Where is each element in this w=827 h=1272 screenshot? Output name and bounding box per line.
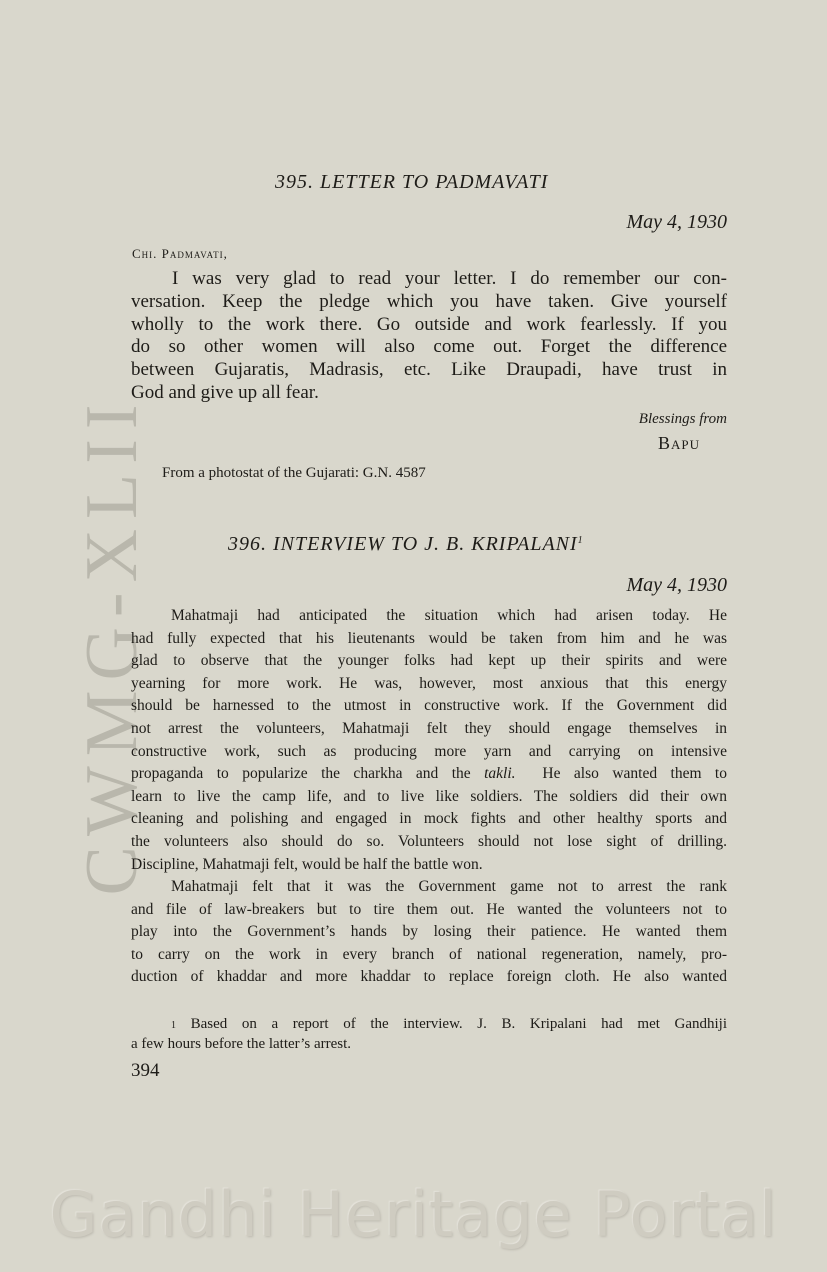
interview-paragraph-2: Mahatmaji felt that it was the Governmen… xyxy=(131,876,727,989)
paragraph-line: glad to observe that the younger folks h… xyxy=(131,650,727,673)
italic-term-takli: takli. xyxy=(484,765,515,782)
footnote-line: 1 Based on a report of the interview. J.… xyxy=(131,1014,727,1034)
letter-signature: Bapu xyxy=(658,433,700,454)
footnote: 1 Based on a report of the interview. J.… xyxy=(131,1014,727,1054)
section-396-date: May 4, 1930 xyxy=(626,574,727,597)
letter-line: do so other women will also come out. Fo… xyxy=(131,336,727,359)
paragraph-line-with-italic: propaganda to popularize the charkha and… xyxy=(131,763,727,786)
section-396-title-text: 396. INTERVIEW TO J. B. KRIPALANI xyxy=(228,533,578,555)
paragraph-line: had fully expected that his lieutenants … xyxy=(131,628,727,651)
paragraph-line: not arrest the volunteers, Mahatmaji fel… xyxy=(131,718,727,741)
section-395-date: May 4, 1930 xyxy=(626,211,727,234)
paragraph-line: learn to live the camp life, and to live… xyxy=(131,786,727,809)
paragraph-line: to carry on the work in every branch of … xyxy=(131,944,727,967)
paragraph-line: cleaning and polishing and engaged in mo… xyxy=(131,808,727,831)
paragraph-line: Mahatmaji had anticipated the situation … xyxy=(131,605,727,628)
letter-line: God and give up all fear. xyxy=(131,382,727,405)
paragraph-line: constructive work, such as producing mor… xyxy=(131,741,727,764)
letter-line: I was very glad to read your letter. I d… xyxy=(131,268,727,291)
footnote-line: a few hours before the latter’s arrest. xyxy=(131,1034,727,1054)
letter-line: wholly to the work there. Go outside and… xyxy=(131,314,727,337)
letter-line: between Gujaratis, Madrasis, etc. Like D… xyxy=(131,359,727,382)
letter-salutation: Chi. Padmavati, xyxy=(132,246,228,262)
paragraph-line: should be harnessed to the utmost in con… xyxy=(131,695,727,718)
paragraph-line: and file of law-breakers but to tire the… xyxy=(131,899,727,922)
paragraph-line: yearning for more work. He was, however,… xyxy=(131,673,727,696)
section-396-title: 396. INTERVIEW TO J. B. KRIPALANI1 xyxy=(228,533,584,556)
page-number: 394 xyxy=(131,1060,160,1082)
footnote-marker: 1 xyxy=(171,1020,176,1031)
footnote-marker: 1 xyxy=(578,535,584,546)
letter-line: versation. Keep the pledge which you hav… xyxy=(131,291,727,314)
section-395-title: 395. LETTER TO PADMAVATI xyxy=(275,171,548,194)
letter-closing: Blessings from xyxy=(639,411,727,428)
paragraph-line: Mahatmaji felt that it was the Governmen… xyxy=(131,876,727,899)
document-page: CWMG-XLII Gandhi Heritage Portal 395. LE… xyxy=(0,0,827,1272)
bottom-watermark: Gandhi Heritage Portal xyxy=(0,1178,827,1251)
interview-paragraph-1: Mahatmaji had anticipated the situation … xyxy=(131,605,727,876)
letter-body: I was very glad to read your letter. I d… xyxy=(131,268,727,405)
letter-source-note: From a photostat of the Gujarati: G.N. 4… xyxy=(162,465,426,482)
paragraph-line: play into the Government’s hands by losi… xyxy=(131,921,727,944)
paragraph-line: duction of khaddar and more khaddar to r… xyxy=(131,966,727,989)
paragraph-line: Discipline, Mahatmaji felt, would be hal… xyxy=(131,854,727,877)
paragraph-line: the volunteers also should do so. Volunt… xyxy=(131,831,727,854)
